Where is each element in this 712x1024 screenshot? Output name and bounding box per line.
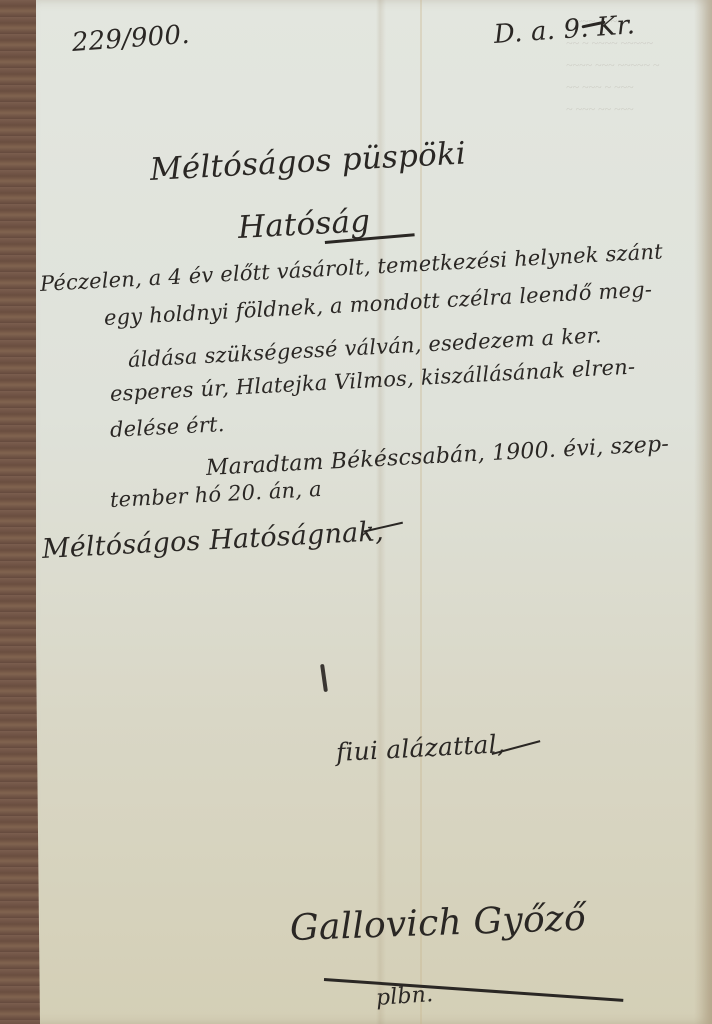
signature-title: plbn.	[375, 982, 434, 1011]
photo-scene: ~ ~~~ ~ ~~~ ~~ ~ ~~~~ ~~~~~ ~~~~ ~~~ ~~~…	[0, 0, 712, 1024]
addressee-line-2: Hatóság	[237, 203, 371, 246]
